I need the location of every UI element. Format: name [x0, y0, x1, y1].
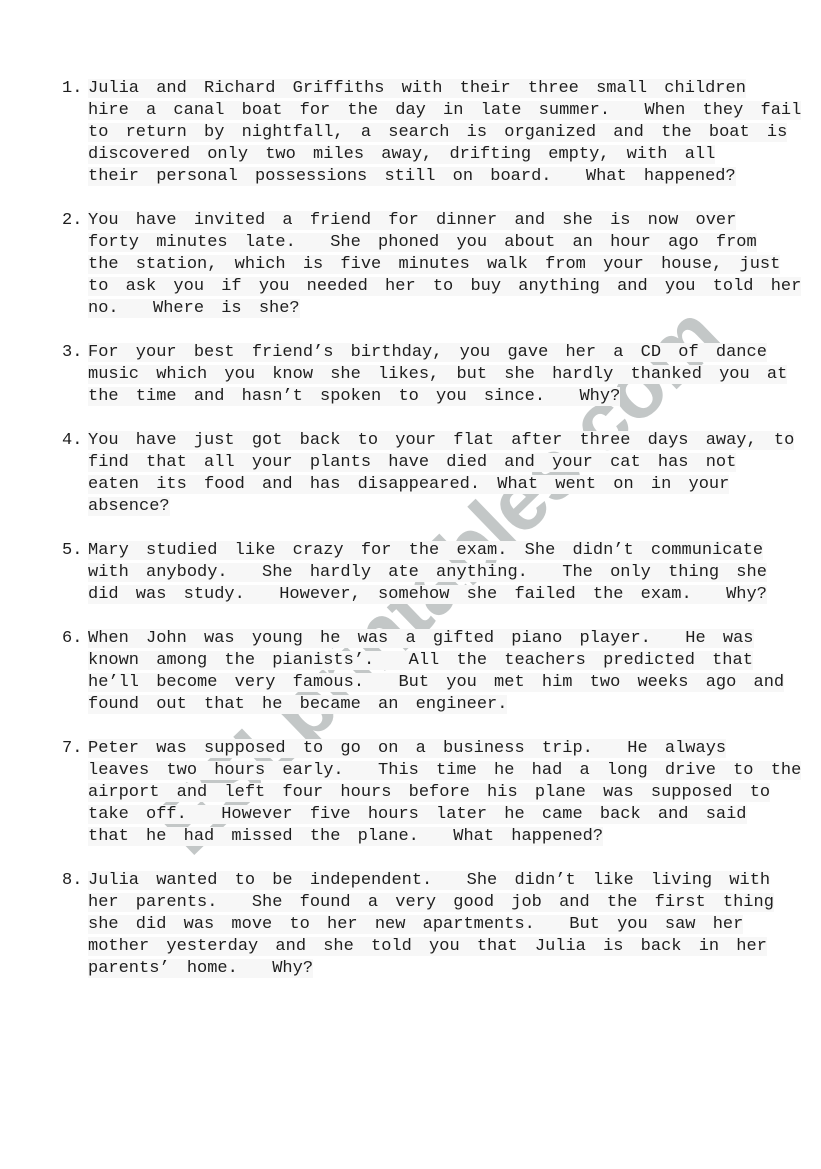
question-number: 4.: [62, 430, 88, 452]
question-text-line: discovered only two miles away, drifting…: [88, 145, 715, 164]
question-text: You have invited a friend for dinner and…: [88, 210, 801, 320]
question-text-line: found out that he became an engineer.: [88, 695, 507, 714]
question-number: 1.: [62, 78, 88, 100]
question-text-line: music which you know she likes, but she …: [88, 365, 787, 384]
question-text-line: did was study. However, somehow she fail…: [88, 585, 767, 604]
question-text-line: take off. However five hours later he ca…: [88, 805, 747, 824]
question-text-line: he’ll become very famous. But you met hi…: [88, 673, 784, 692]
question-text-line: leaves two hours early. This time he had…: [88, 761, 801, 780]
question-text-line: forty minutes late. She phoned you about…: [88, 233, 757, 252]
question-text-line: Mary studied like crazy for the exam. Sh…: [88, 541, 763, 560]
question-number: 2.: [62, 210, 88, 232]
question-item: 2. You have invited a friend for dinner …: [62, 210, 815, 320]
question-number: 8.: [62, 870, 88, 892]
question-text-line: hire a canal boat for the day in late su…: [88, 101, 801, 120]
question-text-line: to return by nightfall, a search is orga…: [88, 123, 787, 142]
question-item: 1. Julia and Richard Griffiths with thei…: [62, 78, 815, 188]
question-item: 3. For your best friend’s birthday, you …: [62, 342, 815, 408]
question-number: 6.: [62, 628, 88, 650]
question-item: 5. Mary studied like crazy for the exam.…: [62, 540, 815, 606]
question-text-line: she did was move to her new apartments. …: [88, 915, 743, 934]
question-item: 4. You have just got back to your flat a…: [62, 430, 815, 518]
question-text-line: no. Where is she?: [88, 299, 300, 318]
worksheet-page: ESLprintables.com 1. Julia and Richard G…: [0, 0, 821, 1169]
question-text: You have just got back to your flat afte…: [88, 430, 794, 518]
question-text-line: Julia and Richard Griffiths with their t…: [88, 79, 746, 98]
question-text-line: For your best friend’s birthday, you gav…: [88, 343, 767, 362]
question-number: 3.: [62, 342, 88, 364]
question-item: 7. Peter was supposed to go on a busines…: [62, 738, 815, 848]
question-text-line: airport and left four hours before his p…: [88, 783, 770, 802]
question-text: Peter was supposed to go on a business t…: [88, 738, 801, 848]
question-text-line: known among the pianists’. All the teach…: [88, 651, 753, 670]
question-item: 6. When John was young he was a gifted p…: [62, 628, 815, 716]
question-text: When John was young he was a gifted pian…: [88, 628, 784, 716]
question-text-line: Julia wanted to be independent. She didn…: [88, 871, 770, 890]
question-text: Julia wanted to be independent. She didn…: [88, 870, 774, 980]
question-number: 5.: [62, 540, 88, 562]
question-text-line: that he had missed the plane. What happe…: [88, 827, 603, 846]
question-text: Mary studied like crazy for the exam. Sh…: [88, 540, 767, 606]
question-text-line: When John was young he was a gifted pian…: [88, 629, 754, 648]
question-text-line: their personal possessions still on boar…: [88, 167, 736, 186]
question-text-line: mother yesterday and she told you that J…: [88, 937, 767, 956]
question-text-line: parents’ home. Why?: [88, 959, 313, 978]
question-list: 1. Julia and Richard Griffiths with thei…: [62, 78, 815, 1002]
question-text-line: You have invited a friend for dinner and…: [88, 211, 736, 230]
question-text: Julia and Richard Griffiths with their t…: [88, 78, 801, 188]
question-text-line: with anybody. She hardly ate anything. T…: [88, 563, 767, 582]
question-text-line: You have just got back to your flat afte…: [88, 431, 794, 450]
question-text-line: the time and hasn’t spoken to you since.…: [88, 387, 620, 406]
question-text: For your best friend’s birthday, you gav…: [88, 342, 787, 408]
question-text-line: her parents. She found a very good job a…: [88, 893, 774, 912]
question-text-line: find that all your plants have died and …: [88, 453, 736, 472]
question-number: 7.: [62, 738, 88, 760]
question-text-line: the station, which is five minutes walk …: [88, 255, 780, 274]
question-text-line: absence?: [88, 497, 170, 516]
question-item: 8. Julia wanted to be independent. She d…: [62, 870, 815, 980]
question-text-line: Peter was supposed to go on a business t…: [88, 739, 726, 758]
question-text-line: eaten its food and has disappeared. What…: [88, 475, 729, 494]
question-text-line: to ask you if you needed her to buy anyt…: [88, 277, 801, 296]
